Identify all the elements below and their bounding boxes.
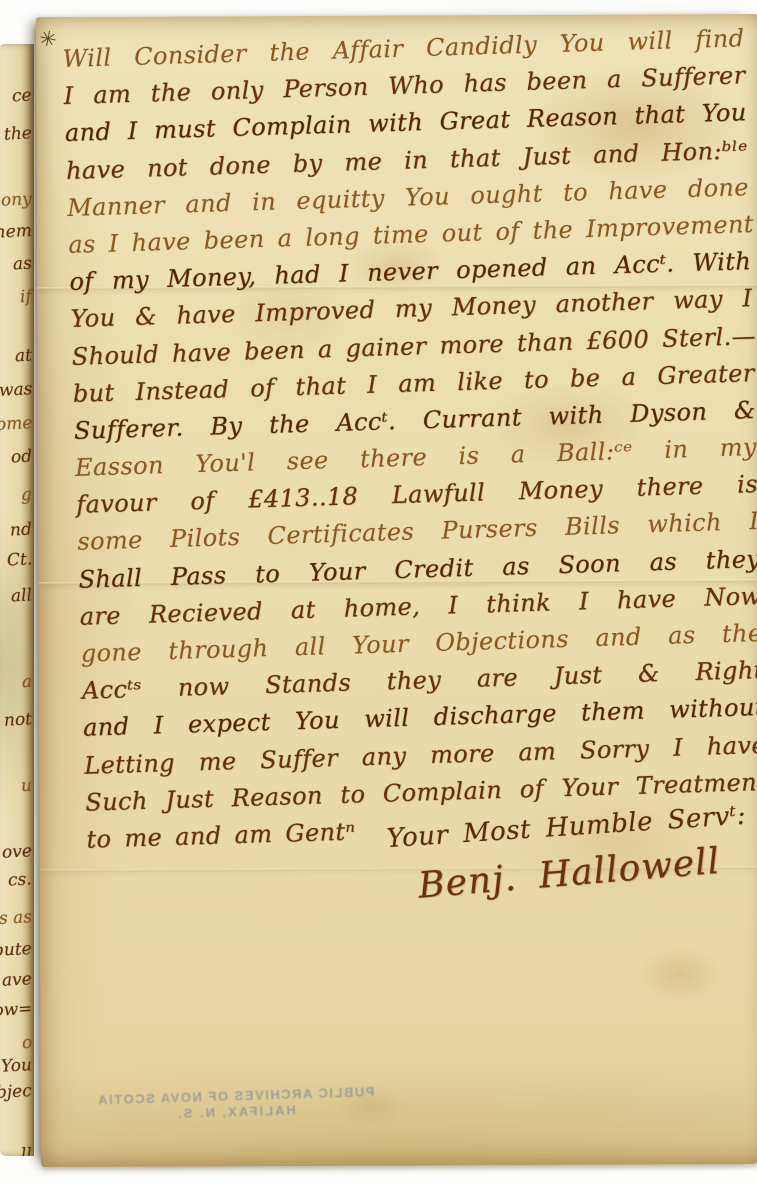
page-edge-fragment: s as (0, 907, 33, 929)
page-edge-fragment: Ct. (6, 549, 32, 570)
page-edge-fragment: bute (0, 939, 32, 961)
page-edge-fragment: ome (0, 413, 32, 435)
page-edge-fragment: a (21, 672, 32, 693)
page-edge-fragment: was (0, 379, 33, 401)
page-edge-fragment: ony (1, 189, 33, 211)
page-edge-fragment: as (13, 254, 33, 275)
page-edge-fragment: low= (0, 999, 32, 1021)
archive-stamp: PUBLIC ARCHIVES OF NOVA SCOTIA HALIFAX, … (80, 1084, 391, 1125)
letter-paper: ✳ Will Consider the Affair Candidly You … (36, 14, 757, 1167)
page-edge-fragment: ll (21, 1145, 33, 1156)
page-edge-fragment: the (4, 123, 33, 144)
page-edge-fragment: at (15, 346, 33, 367)
page-edge-fragment: cs. (8, 869, 33, 890)
page-edge-fragment: if (20, 287, 33, 308)
page-edge-fragment: g (21, 485, 33, 506)
page-edge-fragment: ce (12, 86, 33, 107)
binding-mark-icon: ✳ (37, 26, 59, 53)
adjacent-page-edge: ce the ony them as if at was ome od g nd… (0, 44, 34, 1156)
page-edge-fragment: u (21, 776, 33, 797)
letter-body: Will Consider the Affair Candidly You wi… (62, 20, 757, 908)
page-edge-fragment: ove (2, 841, 33, 863)
page-edge-fragment: all (10, 585, 32, 606)
page-edge-fragment: bjec (0, 1081, 32, 1103)
scanned-letter: ce the ony them as if at was ome od g nd… (0, 0, 757, 1183)
page-edge-fragment: od (10, 446, 32, 467)
page-edge-fragment: nd (10, 519, 33, 540)
page-edge-fragment: not (3, 709, 32, 730)
page-edge-fragment: o (21, 1033, 32, 1054)
page-edge-fragment: You (1, 1055, 33, 1077)
page-edge-fragment: ave (2, 969, 33, 991)
page-edge-fragment: them (0, 221, 32, 243)
